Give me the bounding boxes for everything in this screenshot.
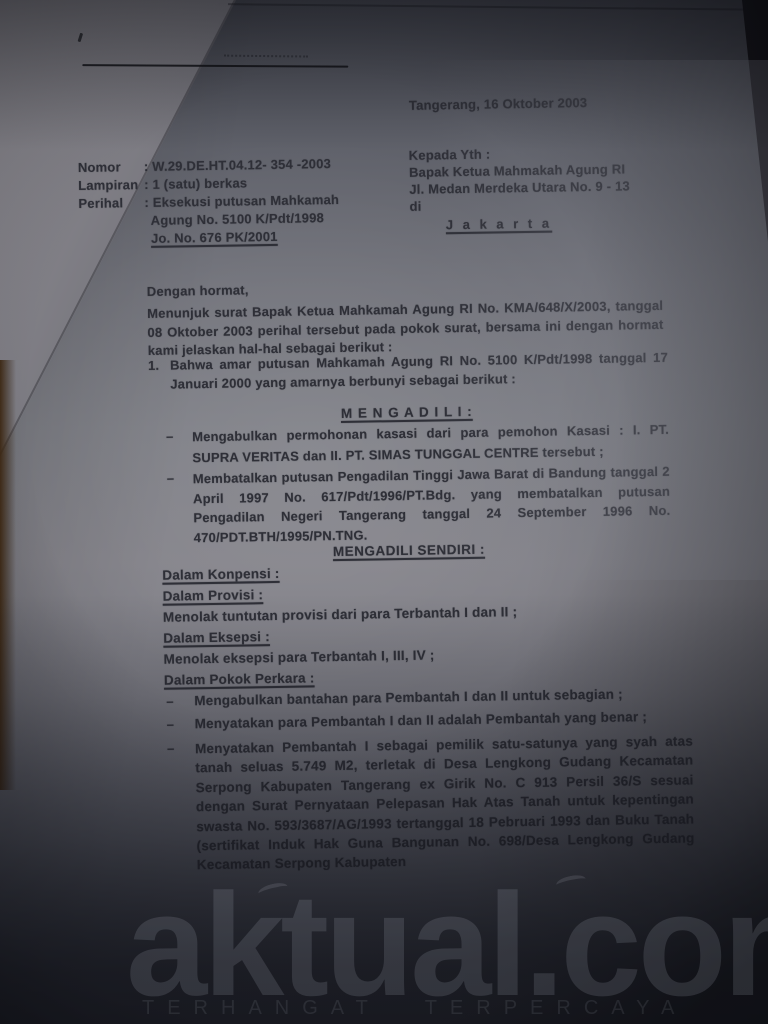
letter-meta-block: Nomor : W.29.DE.HT.04.12- 354 -2003 Lamp… (78, 154, 409, 249)
pen-strike-line (82, 64, 348, 67)
point-text: Bahwa amar putusan Mahkamah Agung RI No.… (170, 349, 669, 394)
numbered-point-1: 1. Bahwa amar putusan Mahkamah Agung RI … (148, 349, 669, 394)
nomor-value: : W.29.DE.HT.04.12- 354 -2003 (144, 155, 331, 176)
recipient-block: Kepada Yth : Bapak Ketua Mahmakah Agung … (409, 142, 740, 234)
mengadili-item-1: Mengabulkan permohonan kasasi dari para … (192, 420, 670, 468)
perihal-label: Perihal (78, 194, 144, 213)
lampiran-label: Lampiran (78, 176, 144, 195)
lampiran-value: : 1 (satu) berkas (144, 174, 247, 194)
letter-content: Tangerang, 16 Oktober 2003 Kepada Yth : … (0, 0, 768, 1024)
bullet-dash: – (166, 693, 180, 711)
bullet-dash: – (166, 427, 180, 445)
mengadili-item-2: Membatalkan putusan Pengadilan Tinggi Ja… (193, 462, 671, 547)
date-line: Tangerang, 16 Oktober 2003 (409, 94, 588, 115)
recipient-city: J a k a r t a (446, 215, 552, 234)
section-dalam-konpensi: Dalam Konpensi : (162, 565, 279, 585)
section-menolak-provisi: Menolak tuntutan provisi dari para Terba… (163, 603, 518, 627)
handwritten-mark (78, 33, 84, 42)
point-number: 1. (148, 357, 171, 394)
nomor-label: Nomor (78, 158, 144, 177)
bullet-dash: – (167, 469, 181, 487)
bullet-dash: – (167, 739, 181, 757)
salutation: Dengan hormat, (147, 281, 249, 301)
pokok-item-2: Menyatakan para Pembantah I dan II adala… (194, 708, 684, 734)
bullet-dash: – (167, 715, 181, 733)
pokok-item-1: Mengabulkan bantahan para Pembantah I da… (194, 685, 684, 711)
section-dalam-pokok-perkara: Dalam Pokok Perkara : (164, 669, 315, 689)
section-dalam-eksepsi: Dalam Eksepsi : (163, 628, 270, 648)
perihal-value-line3: Jo. No. 676 PK/2001 (151, 229, 278, 246)
section-dalam-provisi: Dalam Provisi : (162, 586, 263, 606)
pokok-item-3: Menyatakan Pembantah I sebagai pemilik s… (195, 731, 695, 875)
handwritten-scribble (224, 55, 308, 58)
section-menolak-eksepsi: Menolak eksepsi para Terbantah I, III, I… (163, 647, 434, 669)
document-photo: Tangerang, 16 Oktober 2003 Kepada Yth : … (0, 0, 768, 1024)
